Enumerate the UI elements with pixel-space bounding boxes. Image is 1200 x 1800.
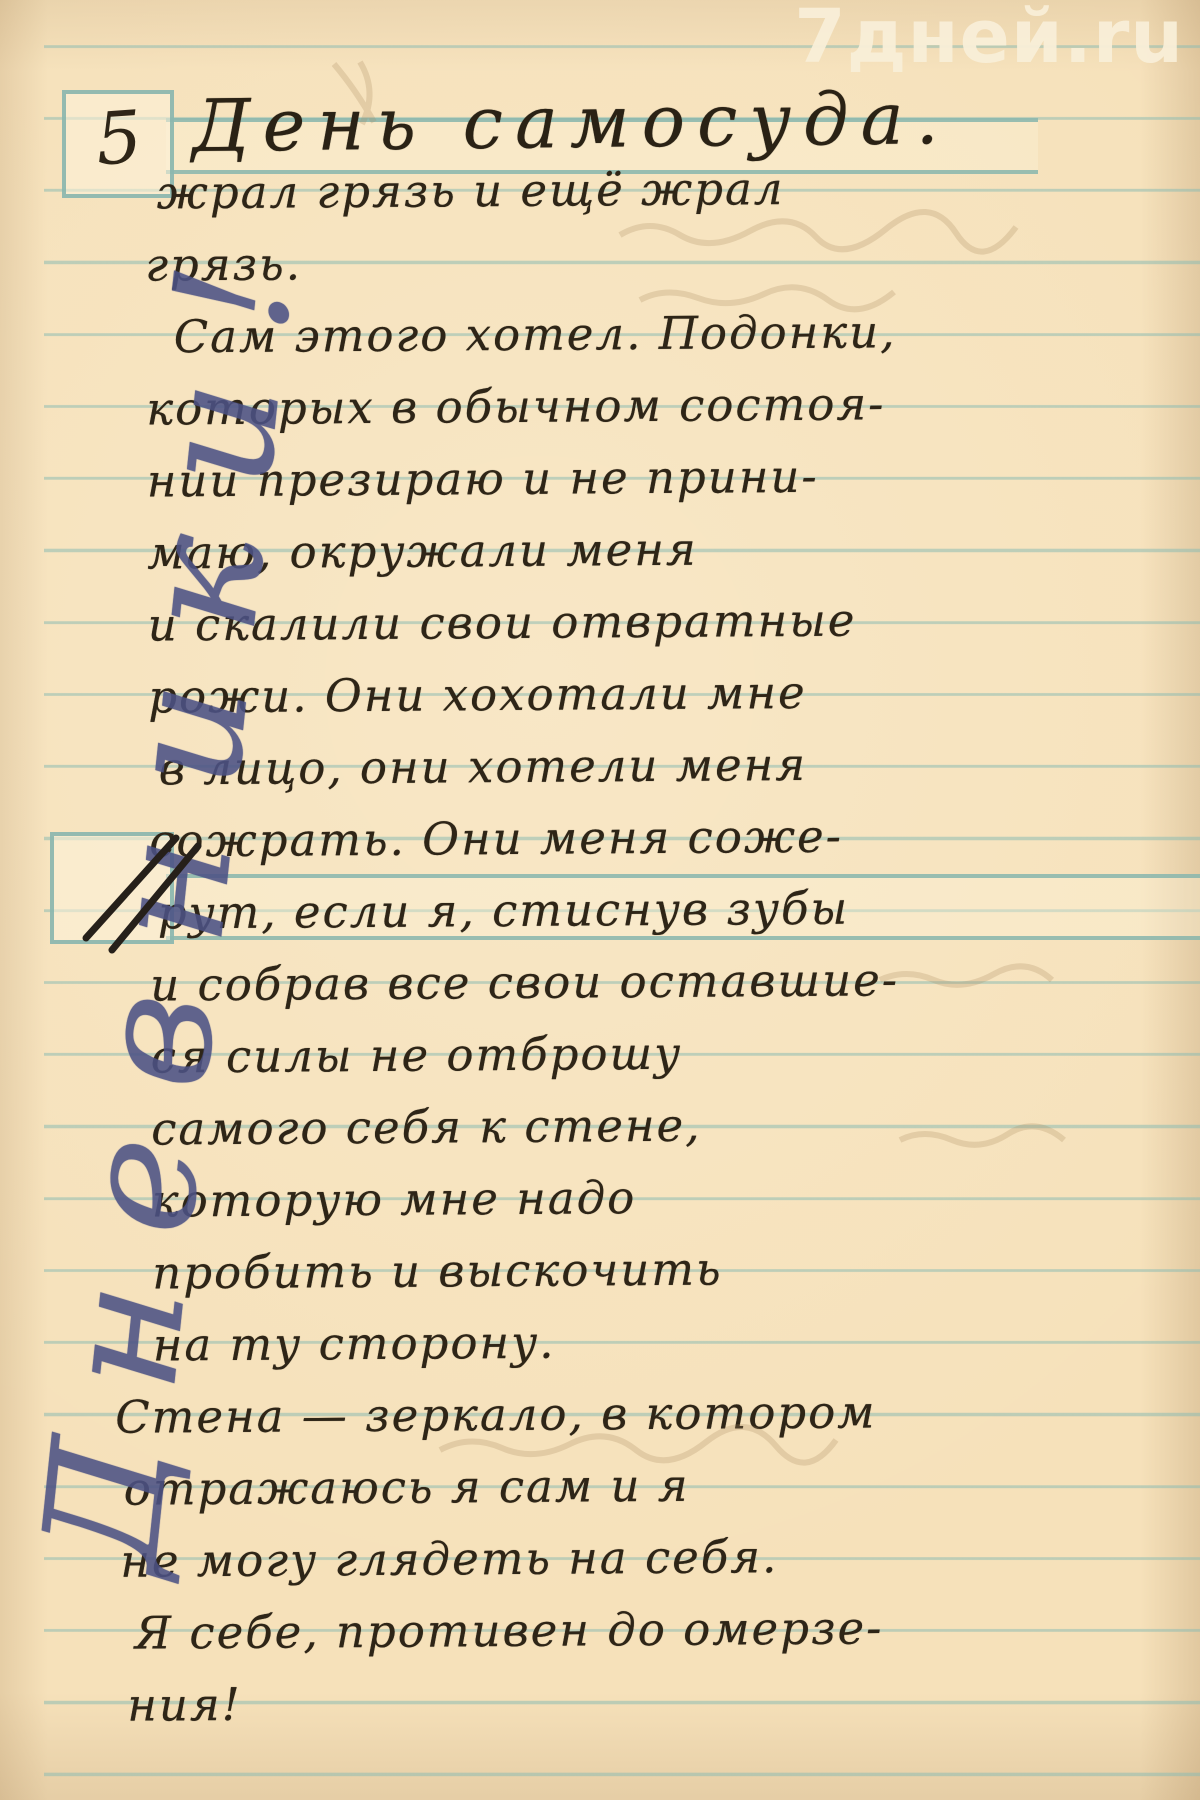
- handwritten-line: рут, если я, стиснув зубы: [158, 875, 1150, 954]
- handwritten-line: в лицо, они хотели меня: [159, 731, 1149, 810]
- handwritten-line: Я себе, противен до омерзе-: [135, 1594, 1155, 1673]
- handwritten-line: которую мне надо: [152, 1163, 1152, 1242]
- page-number: 5: [93, 95, 145, 182]
- handwritten-line: на ту сторону.: [153, 1307, 1153, 1386]
- handwritten-line: и скалили свои отвратные: [147, 587, 1147, 666]
- handwritten-line: и собрав все свои оставшие-: [150, 947, 1150, 1026]
- handwritten-line: сожрать. Они меня соже-: [149, 803, 1149, 882]
- handwritten-line: Стена — зеркало, в котором: [115, 1378, 1153, 1457]
- handwritten-line: ся силы не отброшу: [151, 1019, 1151, 1098]
- handwritten-line: самого себя к стене,: [151, 1091, 1151, 1170]
- handwritten-line: рожи. Они хохотали мне: [148, 659, 1148, 738]
- handwritten-line: не могу глядеть на себя.: [120, 1522, 1154, 1601]
- notebook-page: 5 7дней.ru День самосуда. жрал грязь и е…: [0, 0, 1200, 1800]
- handwritten-line: отражаюсь я сам и я: [124, 1450, 1154, 1529]
- handwritten-line: пробить и выскочить: [152, 1235, 1152, 1314]
- watermark-logo: 7дней.ru: [794, 0, 1184, 80]
- handwritten-line: ния!: [127, 1666, 1155, 1745]
